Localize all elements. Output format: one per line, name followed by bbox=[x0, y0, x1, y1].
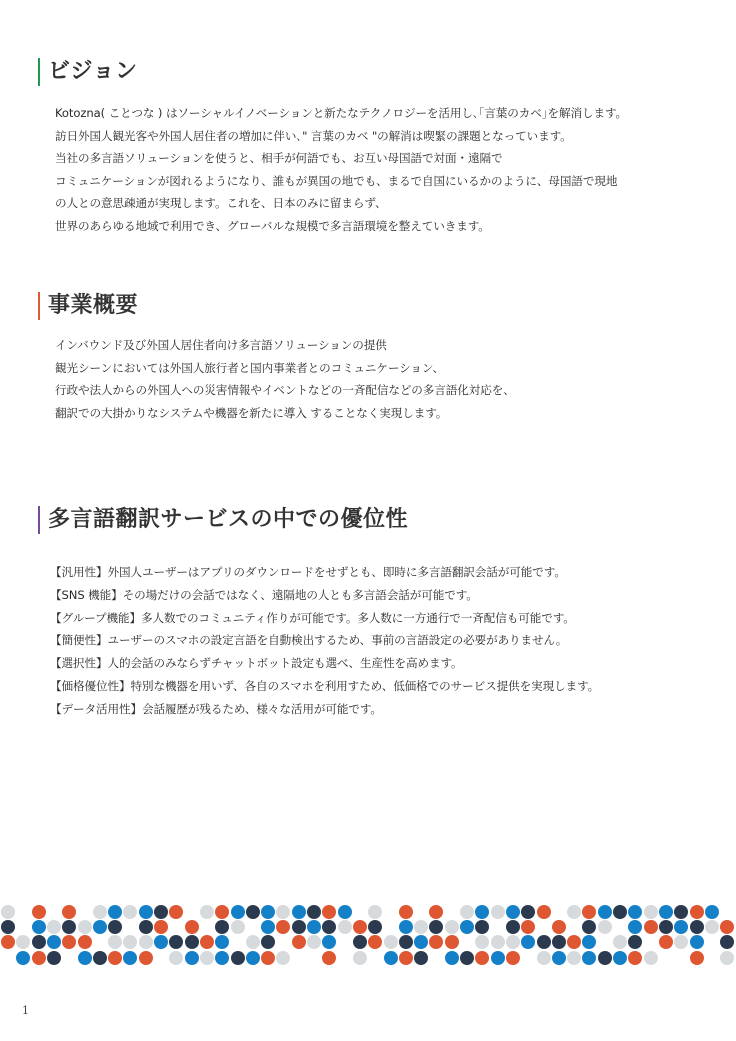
dot-gray bbox=[613, 935, 627, 949]
dot-blue bbox=[139, 905, 153, 919]
dot-blue bbox=[246, 951, 260, 965]
dot-gray bbox=[460, 905, 474, 919]
advantages-accent-bar bbox=[38, 506, 40, 534]
dot-orange bbox=[644, 920, 658, 934]
dot-orange bbox=[78, 935, 92, 949]
dot-gray bbox=[139, 935, 153, 949]
dot-navy bbox=[231, 951, 245, 965]
dot-gray bbox=[368, 905, 382, 919]
dot-navy bbox=[32, 935, 46, 949]
vision-heading: ビジョン bbox=[38, 58, 138, 86]
dot-blue bbox=[521, 935, 535, 949]
advantages-title: 多言語翻訳サービスの中での優位性 bbox=[48, 506, 408, 534]
dot-navy bbox=[47, 951, 61, 965]
dot-blue bbox=[261, 920, 275, 934]
business-line: 観光シーンにおいては外国人旅行者と国内事業者とのコミュニケーション、 bbox=[55, 357, 515, 380]
business-body: インバウンド及び外国人居住者向け多言語ソリューションの提供 観光シーンにおいては… bbox=[55, 334, 515, 424]
dot-orange bbox=[261, 951, 275, 965]
vision-title: ビジョン bbox=[48, 58, 138, 86]
advantage-item: 【SNS 機能】その場だけの会話ではなく、遠隔地の人とも多言語会話が可能です。 bbox=[50, 584, 599, 607]
dot-orange bbox=[506, 951, 520, 965]
dot-blue bbox=[384, 951, 398, 965]
dot-orange bbox=[659, 935, 673, 949]
dot-navy bbox=[353, 935, 367, 949]
dot-blue bbox=[613, 951, 627, 965]
dot-blue bbox=[414, 935, 428, 949]
advantages-list: 【汎用性】外国人ユーザーはアプリのダウンロードをせずとも、即時に多言語翻訳会話が… bbox=[50, 561, 599, 721]
business-heading: 事業概要 bbox=[38, 292, 138, 320]
dot-orange bbox=[720, 920, 734, 934]
advantage-item: 【価格優位性】特別な機器を用いず、各自のスマホを利用すため、低価格でのサービス提… bbox=[50, 675, 599, 698]
dot-orange bbox=[1, 935, 15, 949]
page-number: 1 bbox=[22, 1004, 29, 1017]
dot-orange bbox=[567, 935, 581, 949]
dot-navy bbox=[169, 935, 183, 949]
dot-navy bbox=[475, 920, 489, 934]
dot-navy bbox=[506, 920, 520, 934]
dot-navy bbox=[1, 920, 15, 934]
dot-blue bbox=[460, 920, 474, 934]
dot-gray bbox=[674, 935, 688, 949]
dot-navy bbox=[368, 920, 382, 934]
dot-navy bbox=[552, 935, 566, 949]
dot-blue bbox=[78, 951, 92, 965]
advantage-item: 【簡便性】ユーザーのスマホの設定言語を自動検出するため、事前の言語設定の必要があ… bbox=[50, 629, 599, 652]
dot-orange bbox=[32, 951, 46, 965]
dot-blue bbox=[93, 920, 107, 934]
dot-gray bbox=[246, 935, 260, 949]
dot-navy bbox=[154, 905, 168, 919]
dot-gray bbox=[338, 920, 352, 934]
dot-navy bbox=[215, 920, 229, 934]
dot-orange bbox=[521, 920, 535, 934]
dot-gray bbox=[491, 905, 505, 919]
dot-navy bbox=[659, 920, 673, 934]
dot-orange bbox=[322, 905, 336, 919]
dot-navy bbox=[139, 920, 153, 934]
dot-gray bbox=[720, 951, 734, 965]
dot-blue bbox=[231, 905, 245, 919]
business-line: 行政や法人からの外国人への災害情報やイベントなどの一斉配信などの多言語化対応を、 bbox=[55, 379, 515, 402]
dot-navy bbox=[307, 905, 321, 919]
dot-navy bbox=[690, 920, 704, 934]
dot-gray bbox=[445, 920, 459, 934]
dot-orange bbox=[445, 935, 459, 949]
dot-navy bbox=[460, 951, 474, 965]
dot-gray bbox=[644, 951, 658, 965]
dot-gray bbox=[276, 951, 290, 965]
vision-body: Kotozna( ことつな ) はソーシャルイノベーションと新たなテクノロジーを… bbox=[55, 102, 627, 237]
vision-line: の人との意思疎通が実現します。これを、日本のみに留まらず、 bbox=[55, 192, 627, 215]
dot-orange bbox=[200, 935, 214, 949]
dot-gray bbox=[307, 935, 321, 949]
dot-navy bbox=[292, 920, 306, 934]
dot-navy bbox=[582, 920, 596, 934]
dot-navy bbox=[399, 935, 413, 949]
dot-gray bbox=[108, 935, 122, 949]
dot-blue bbox=[16, 951, 30, 965]
dot-gray bbox=[537, 951, 551, 965]
dot-navy bbox=[429, 920, 443, 934]
dot-orange bbox=[399, 951, 413, 965]
dot-gray bbox=[491, 935, 505, 949]
business-title: 事業概要 bbox=[48, 292, 138, 320]
dot-blue bbox=[659, 905, 673, 919]
dot-gray bbox=[169, 951, 183, 965]
dot-blue bbox=[628, 920, 642, 934]
dot-orange bbox=[62, 905, 76, 919]
dot-orange bbox=[353, 920, 367, 934]
dot-orange bbox=[169, 905, 183, 919]
dot-navy bbox=[246, 905, 260, 919]
dot-gray bbox=[47, 920, 61, 934]
vision-line: コミュニケーションが図れるようになり、誰もが異国の地でも、まるで自国にいるかのよ… bbox=[55, 170, 627, 193]
advantage-item: 【選択性】人的会話のみならずチャットボット設定も選べ、生産性を高めます。 bbox=[50, 652, 599, 675]
decorative-dot-pattern bbox=[0, 904, 736, 968]
dot-navy bbox=[185, 935, 199, 949]
dot-blue bbox=[491, 951, 505, 965]
advantage-item: 【汎用性】外国人ユーザーはアプリのダウンロードをせずとも、即時に多言語翻訳会話が… bbox=[50, 561, 599, 584]
dot-blue bbox=[123, 951, 137, 965]
dot-gray bbox=[567, 951, 581, 965]
dot-gray bbox=[644, 905, 658, 919]
dot-navy bbox=[322, 920, 336, 934]
dot-orange bbox=[690, 951, 704, 965]
dot-gray bbox=[567, 905, 581, 919]
dot-gray bbox=[1, 905, 15, 919]
dot-gray bbox=[200, 905, 214, 919]
dot-orange bbox=[537, 905, 551, 919]
dot-blue bbox=[307, 920, 321, 934]
dot-gray bbox=[414, 920, 428, 934]
dot-gray bbox=[598, 920, 612, 934]
dot-gray bbox=[200, 951, 214, 965]
dot-navy bbox=[720, 935, 734, 949]
dot-blue bbox=[322, 935, 336, 949]
dot-blue bbox=[552, 951, 566, 965]
dot-orange bbox=[628, 951, 642, 965]
dot-blue bbox=[475, 905, 489, 919]
dot-gray bbox=[93, 905, 107, 919]
vision-line: 世界のあらゆる地域で利用でき、グローバルな規模で多言語環境を整えていきます。 bbox=[55, 215, 627, 238]
dot-navy bbox=[674, 905, 688, 919]
dot-gray bbox=[506, 935, 520, 949]
dot-blue bbox=[154, 935, 168, 949]
dot-orange bbox=[62, 935, 76, 949]
dot-blue bbox=[598, 905, 612, 919]
business-line: インバウンド及び外国人居住者向け多言語ソリューションの提供 bbox=[55, 334, 515, 357]
dot-navy bbox=[93, 951, 107, 965]
dot-orange bbox=[429, 905, 443, 919]
dot-blue bbox=[292, 905, 306, 919]
dot-orange bbox=[292, 935, 306, 949]
advantages-heading: 多言語翻訳サービスの中での優位性 bbox=[38, 506, 408, 534]
dot-gray bbox=[123, 935, 137, 949]
dot-navy bbox=[414, 951, 428, 965]
dot-orange bbox=[690, 905, 704, 919]
dot-gray bbox=[276, 905, 290, 919]
dot-navy bbox=[537, 935, 551, 949]
vision-line: 訪日外国人観光客や外国人居住者の増加に伴い､" 言葉のカベ "の解消は喫緊の課題… bbox=[55, 125, 627, 148]
dot-blue bbox=[674, 920, 688, 934]
vision-accent-bar bbox=[38, 58, 40, 86]
dot-orange bbox=[154, 920, 168, 934]
dot-orange bbox=[108, 951, 122, 965]
dot-blue bbox=[399, 920, 413, 934]
dot-orange bbox=[582, 905, 596, 919]
dot-orange bbox=[185, 920, 199, 934]
dot-gray bbox=[475, 935, 489, 949]
advantage-item: 【グループ機能】多人数でのコミュニティ作りが可能です。多人数に一方通行で一斉配信… bbox=[50, 607, 599, 630]
dot-blue bbox=[261, 905, 275, 919]
dot-orange bbox=[215, 905, 229, 919]
dot-orange bbox=[32, 905, 46, 919]
dot-gray bbox=[705, 920, 719, 934]
business-accent-bar bbox=[38, 292, 40, 320]
dot-gray bbox=[384, 935, 398, 949]
dot-blue bbox=[705, 905, 719, 919]
dot-blue bbox=[338, 905, 352, 919]
dot-blue bbox=[185, 951, 199, 965]
dot-orange bbox=[368, 935, 382, 949]
dot-navy bbox=[598, 951, 612, 965]
dot-orange bbox=[475, 951, 489, 965]
dot-navy bbox=[62, 920, 76, 934]
dot-blue bbox=[32, 920, 46, 934]
dot-orange bbox=[429, 935, 443, 949]
dot-navy bbox=[261, 935, 275, 949]
dot-gray bbox=[78, 920, 92, 934]
dot-blue bbox=[628, 905, 642, 919]
dot-orange bbox=[552, 920, 566, 934]
dot-orange bbox=[399, 905, 413, 919]
dot-gray bbox=[123, 905, 137, 919]
dot-navy bbox=[108, 920, 122, 934]
dot-gray bbox=[16, 935, 30, 949]
advantage-item: 【データ活用性】会話履歴が残るため、様々な活用が可能です。 bbox=[50, 698, 599, 721]
business-line: 翻訳での大掛かりなシステムや機器を新たに導入 することなく実現します。 bbox=[55, 402, 515, 425]
dot-orange bbox=[276, 920, 290, 934]
vision-line: Kotozna( ことつな ) はソーシャルイノベーションと新たなテクノロジーを… bbox=[55, 102, 627, 125]
dot-orange bbox=[322, 951, 336, 965]
dot-blue bbox=[690, 935, 704, 949]
dot-blue bbox=[47, 935, 61, 949]
dot-blue bbox=[445, 951, 459, 965]
dot-blue bbox=[215, 951, 229, 965]
dot-blue bbox=[506, 905, 520, 919]
dot-blue bbox=[582, 951, 596, 965]
dot-navy bbox=[521, 905, 535, 919]
dot-navy bbox=[628, 935, 642, 949]
dot-navy bbox=[613, 905, 627, 919]
dot-gray bbox=[353, 951, 367, 965]
dot-blue bbox=[108, 905, 122, 919]
dot-blue bbox=[215, 935, 229, 949]
dot-gray bbox=[231, 920, 245, 934]
dot-orange bbox=[139, 951, 153, 965]
vision-line: 当社の多言語ソリューションを使うと、相手が何語でも、お互い母国語で対面・遠隔で bbox=[55, 147, 627, 170]
dot-blue bbox=[582, 935, 596, 949]
